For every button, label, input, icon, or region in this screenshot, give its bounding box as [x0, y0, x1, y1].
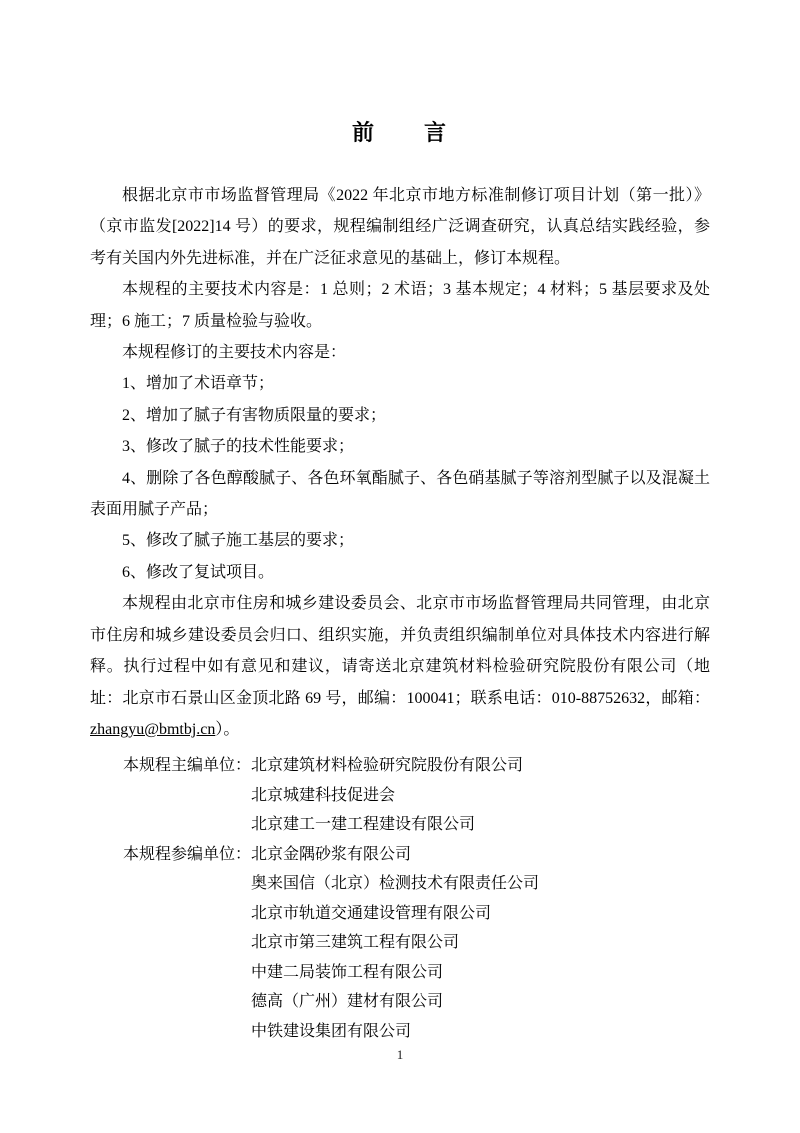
participating-editor-block: 本规程参编单位： 北京金隅砂浆有限公司 奥来国信（北京）检测技术有限责任公司 北…: [90, 840, 710, 1047]
company-name: 北京城建科技促进会: [251, 781, 710, 811]
email-link[interactable]: zhangyu@bmtbj.cn: [90, 721, 215, 738]
company-name: 中建二局装饰工程有限公司: [251, 958, 710, 988]
company-name: 中铁建设集团有限公司: [251, 1017, 710, 1047]
paragraph: 4、删除了各色醇酸腻子、各色环氧酯腻子、各色硝基腻子等溶剂型腻子以及混凝土表面用…: [90, 463, 710, 526]
chief-editor-label: 本规程主编单位：: [90, 751, 251, 781]
page-title: 前 言: [0, 0, 800, 148]
company-name: 奥来国信（北京）检测技术有限责任公司: [251, 869, 710, 899]
paragraph: 5、修改了腻子施工基层的要求；: [90, 525, 710, 556]
company-name: 北京金隅砂浆有限公司: [251, 840, 710, 870]
page-number: 1: [0, 1048, 800, 1062]
paragraph: 1、增加了术语章节；: [90, 368, 710, 399]
company-name: 北京市第三建筑工程有限公司: [251, 928, 710, 958]
company-name: 北京建工一建工程建设有限公司: [251, 810, 710, 840]
company-name: 北京市轨道交通建设管理有限公司: [251, 899, 710, 929]
contact-text-before: 本规程由北京市住房和城乡建设委员会、北京市市场监督管理局共同管理，由北京市住房和…: [90, 595, 710, 706]
chief-editor-block: 本规程主编单位： 北京建筑材料检验研究院股份有限公司 北京城建科技促进会 北京建…: [90, 751, 710, 840]
document-page: 前 言 根据北京市市场监督管理局《2022 年北京市地方标准制修订项目计划（第一…: [0, 0, 800, 1133]
company-name: 北京建筑材料检验研究院股份有限公司: [251, 751, 710, 781]
paragraph: 3、修改了腻子的技术性能要求；: [90, 431, 710, 462]
contact-text-after: ）。: [215, 721, 239, 738]
contact-paragraph: 本规程由北京市住房和城乡建设委员会、北京市市场监督管理局共同管理，由北京市住房和…: [90, 588, 710, 745]
units-section: 本规程主编单位： 北京建筑材料检验研究院股份有限公司 北京城建科技促进会 北京建…: [90, 751, 710, 1046]
paragraph-list: 根据北京市市场监督管理局《2022 年北京市地方标准制修订项目计划（第一批）》（…: [90, 180, 710, 588]
paragraph: 本规程的主要技术内容是：1 总则；2 术语；3 基本规定；4 材料；5 基层要求…: [90, 274, 710, 337]
chief-editor-companies: 北京建筑材料检验研究院股份有限公司 北京城建科技促进会 北京建工一建工程建设有限…: [251, 751, 710, 840]
participating-editor-companies: 北京金隅砂浆有限公司 奥来国信（北京）检测技术有限责任公司 北京市轨道交通建设管…: [251, 840, 710, 1047]
paragraph: 6、修改了复试项目。: [90, 557, 710, 588]
paragraph: 本规程修订的主要技术内容是：: [90, 337, 710, 368]
paragraph: 根据北京市市场监督管理局《2022 年北京市地方标准制修订项目计划（第一批）》（…: [90, 180, 710, 274]
preface-content: 根据北京市市场监督管理局《2022 年北京市地方标准制修订项目计划（第一批）》（…: [0, 180, 800, 1046]
paragraph: 2、增加了腻子有害物质限量的要求；: [90, 400, 710, 431]
participating-editor-label: 本规程参编单位：: [90, 840, 251, 870]
company-name: 德高（广州）建材有限公司: [251, 987, 710, 1017]
